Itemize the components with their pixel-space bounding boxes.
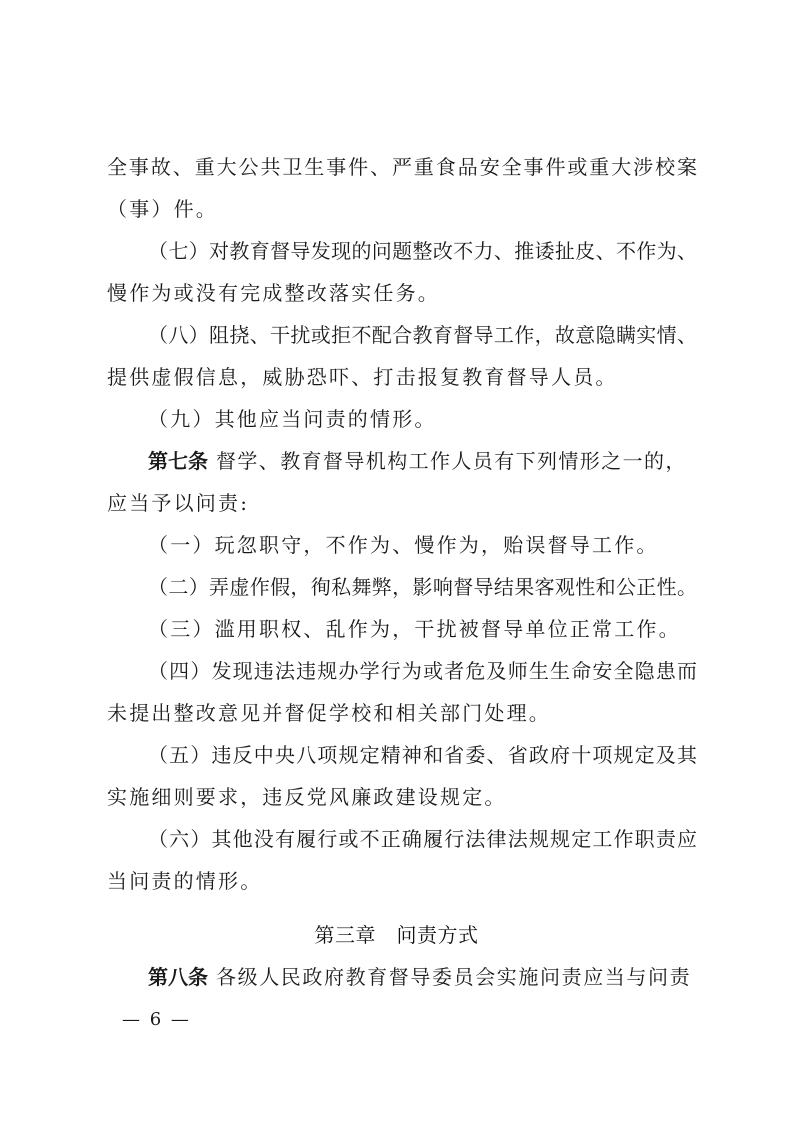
article-text: 各级人民政府教育督导委员会实施问责应当与问责 xyxy=(216,965,691,989)
article-7-item-5: （五）违反中央八项规定精神和省委、省政府十项规定及其 xyxy=(148,742,697,768)
article-7-item-3: （三）滥用职权、乱作为，干扰被督导单位正常工作。 xyxy=(148,616,697,642)
article-7-item-2: （二）弄虚作假，徇私舞弊，影响督导结果客观性和公正性。 xyxy=(148,574,697,600)
article-7-heading: 第七条督学、教育督导机构工作人员有下列情形之一的， xyxy=(148,448,697,474)
chapter-title: 第三章 问责方式 xyxy=(0,922,793,948)
article-label: 第七条 xyxy=(148,449,208,473)
paragraph-line: 提供虚假信息，威胁恐吓、打击报复教育督导人员。 xyxy=(107,364,697,390)
article-8-heading: 第八条各级人民政府教育督导委员会实施问责应当与问责 xyxy=(148,964,697,990)
list-item-8: （八）阻挠、干扰或拒不配合教育督导工作，故意隐瞒实情、 xyxy=(148,322,697,348)
paragraph-line: 应当予以问责: xyxy=(107,490,697,516)
paragraph-line: 全事故、重大公共卫生事件、严重食品安全事件或重大涉校案 xyxy=(107,154,697,180)
article-text: 督学、教育督导机构工作人员有下列情形之一的， xyxy=(216,449,687,473)
article-7-item-6: （六）其他没有履行或不正确履行法律法规规定工作职责应 xyxy=(148,826,697,852)
article-7-item-4: （四）发现违法违规办学行为或者危及师生生命安全隐患而 xyxy=(148,658,697,684)
paragraph-line: 当问责的情形。 xyxy=(107,868,697,894)
paragraph-line: 慢作为或没有完成整改落实任务。 xyxy=(107,280,697,306)
list-item-7: （七）对教育督导发现的问题整改不力、推诿扯皮、不作为、 xyxy=(148,238,697,264)
article-7-item-1: （一）玩忽职守，不作为、慢作为，贻误督导工作。 xyxy=(148,532,697,558)
article-label: 第八条 xyxy=(148,965,208,989)
list-item-9: （九）其他应当问责的情形。 xyxy=(148,406,697,432)
document-page: 全事故、重大公共卫生事件、严重食品安全事件或重大涉校案 （事）件。 （七）对教育… xyxy=(0,0,793,1122)
paragraph-line: （事）件。 xyxy=(107,196,697,222)
paragraph-line: 未提出整改意见并督促学校和相关部门处理。 xyxy=(107,700,697,726)
page-number: — 6 — xyxy=(122,1009,191,1031)
paragraph-line: 实施细则要求，违反党风廉政建设规定。 xyxy=(107,784,697,810)
